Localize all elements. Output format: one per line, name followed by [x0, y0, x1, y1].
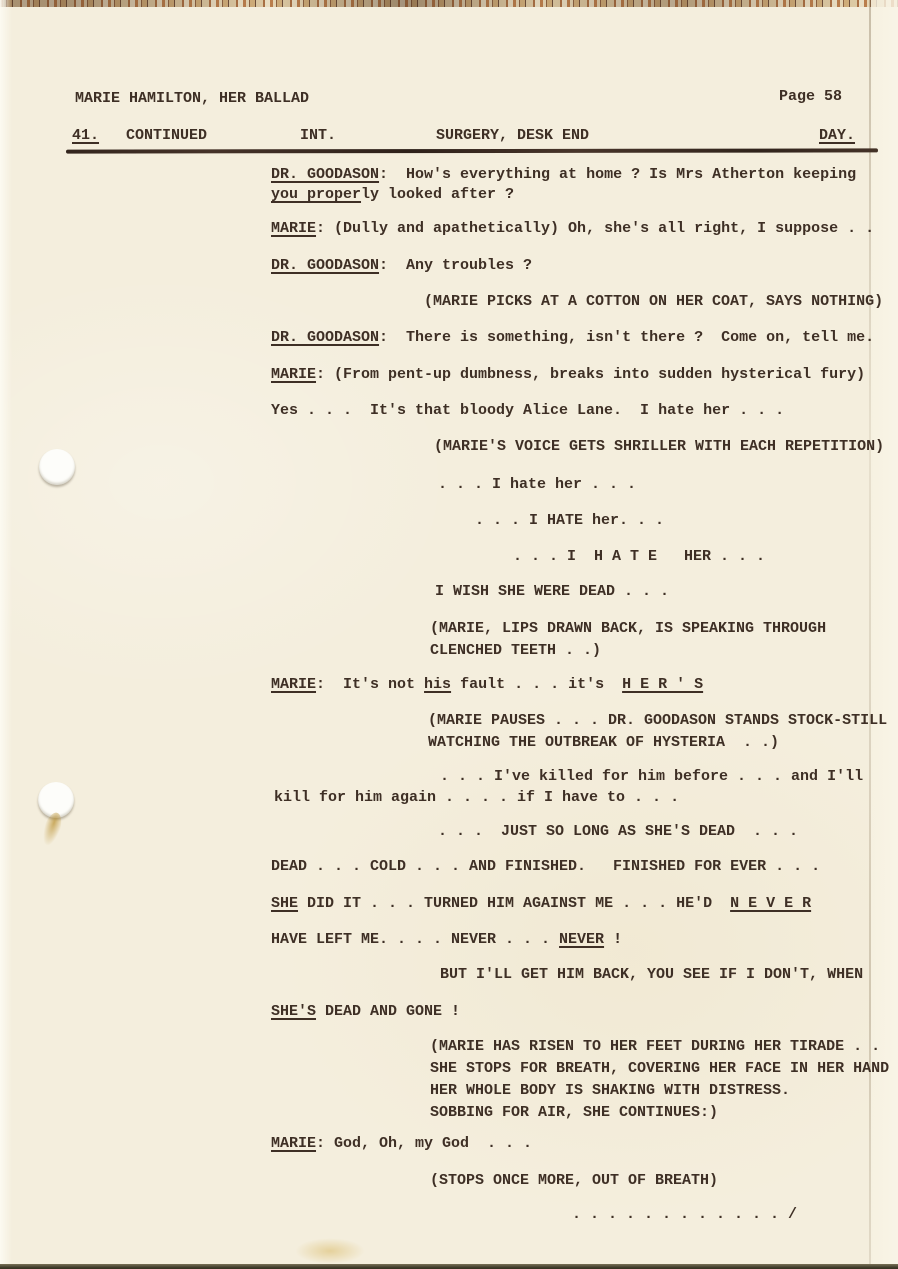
script-line: MARIE: (From pent-up dumbness, breaks in…: [271, 366, 865, 383]
scene-continued: CONTINUED: [126, 127, 207, 144]
script-line: . . . . . . . . . . . . /: [572, 1206, 797, 1223]
underlined-text: DR. GOODASON: [271, 257, 379, 274]
underlined-text: MARIE: [271, 220, 316, 237]
script-line: I WISH SHE WERE DEAD . . .: [435, 583, 669, 600]
script-line: . . . I hate her . . .: [438, 476, 636, 493]
script-line: kill for him again . . . . if I have to …: [274, 789, 679, 806]
script-line: CLENCHED TEETH . .): [430, 642, 601, 659]
script-line: (MARIE HAS RISEN TO HER FEET DURING HER …: [430, 1038, 880, 1055]
underlined-text: N E V E R: [730, 895, 811, 912]
underlined-text: MARIE: [271, 676, 316, 693]
underlined-text: H E R ' S: [622, 676, 703, 693]
script-line: (MARIE PICKS AT A COTTON ON HER COAT, SA…: [424, 293, 883, 310]
scene-heading-rule: [66, 148, 878, 153]
script-page: MARIE HAMILTON, HER BALLAD Page 58 41. C…: [0, 0, 898, 1269]
underlined-text: DR. GOODASON: [271, 166, 379, 183]
script-line: (MARIE'S VOICE GETS SHRILLER WITH EACH R…: [434, 438, 884, 455]
underlined-text: DR. GOODASON: [271, 329, 379, 346]
underlined-text: you proper: [271, 186, 361, 203]
underlined-text: MARIE: [271, 366, 316, 383]
script-line: MARIE: (Dully and apathetically) Oh, she…: [271, 220, 874, 237]
script-line: HAVE LEFT ME. . . . NEVER . . . NEVER !: [271, 931, 622, 948]
script-line: . . . I H A T E HER . . .: [513, 548, 765, 565]
script-line: WATCHING THE OUTBREAK OF HYSTERIA . .): [428, 734, 779, 751]
paper-right-edge: [871, 0, 898, 1269]
script-line: (STOPS ONCE MORE, OUT OF BREATH): [430, 1172, 718, 1189]
scan-bottom-edge: [0, 1264, 898, 1269]
scan-top-edge-shadow: [0, 0, 898, 7]
scene-number: 41.: [72, 127, 99, 144]
script-line: HER WHOLE BODY IS SHAKING WITH DISTRESS.: [430, 1082, 790, 1099]
script-line: (MARIE, LIPS DRAWN BACK, IS SPEAKING THR…: [430, 620, 826, 637]
script-line: DR. GOODASON: How's everything at home ?…: [271, 166, 856, 183]
underlined-text: NEVER: [559, 931, 604, 948]
script-line: . . . JUST SO LONG AS SHE'S DEAD . . .: [438, 823, 798, 840]
script-line: you properly looked after ?: [271, 186, 514, 203]
script-line: MARIE: God, Oh, my God . . .: [271, 1135, 532, 1152]
script-line: DR. GOODASON: There is something, isn't …: [271, 329, 874, 346]
punch-hole-top: [39, 449, 75, 485]
punch-hole-bottom: [38, 782, 74, 818]
stain-bottom: [295, 1238, 365, 1264]
underlined-text: MARIE: [271, 1135, 316, 1152]
script-line: SOBBING FOR AIR, SHE CONTINUES:): [430, 1104, 718, 1121]
script-line: SHE DID IT . . . TURNED HIM AGAINST ME .…: [271, 895, 811, 912]
scene-location: SURGERY, DESK END: [436, 127, 589, 144]
script-line: MARIE: It's not his fault . . . it's H E…: [271, 676, 703, 693]
script-line: . . . I HATE her. . .: [475, 512, 664, 529]
page-number: Page 58: [779, 88, 842, 105]
underlined-text: SHE'S: [271, 1003, 316, 1020]
paper-left-edge: [0, 0, 12, 1269]
script-line: DEAD . . . COLD . . . AND FINISHED. FINI…: [271, 858, 820, 875]
underlined-text: SHE: [271, 895, 298, 912]
document-title: MARIE HAMILTON, HER BALLAD: [75, 90, 309, 107]
scene-interior: INT.: [300, 127, 336, 144]
script-line: . . . I've killed for him before . . . a…: [440, 768, 863, 785]
underlined-text: his: [424, 676, 451, 693]
script-line: Yes . . . It's that bloody Alice Lane. I…: [271, 402, 784, 419]
scene-time: DAY.: [819, 127, 855, 144]
script-line: SHE'S DEAD AND GONE !: [271, 1003, 460, 1020]
script-line: (MARIE PAUSES . . . DR. GOODASON STANDS …: [428, 712, 887, 729]
script-line: DR. GOODASON: Any troubles ?: [271, 257, 532, 274]
script-line: BUT I'LL GET HIM BACK, YOU SEE IF I DON'…: [440, 966, 863, 983]
script-line: SHE STOPS FOR BREATH, COVERING HER FACE …: [430, 1060, 889, 1077]
